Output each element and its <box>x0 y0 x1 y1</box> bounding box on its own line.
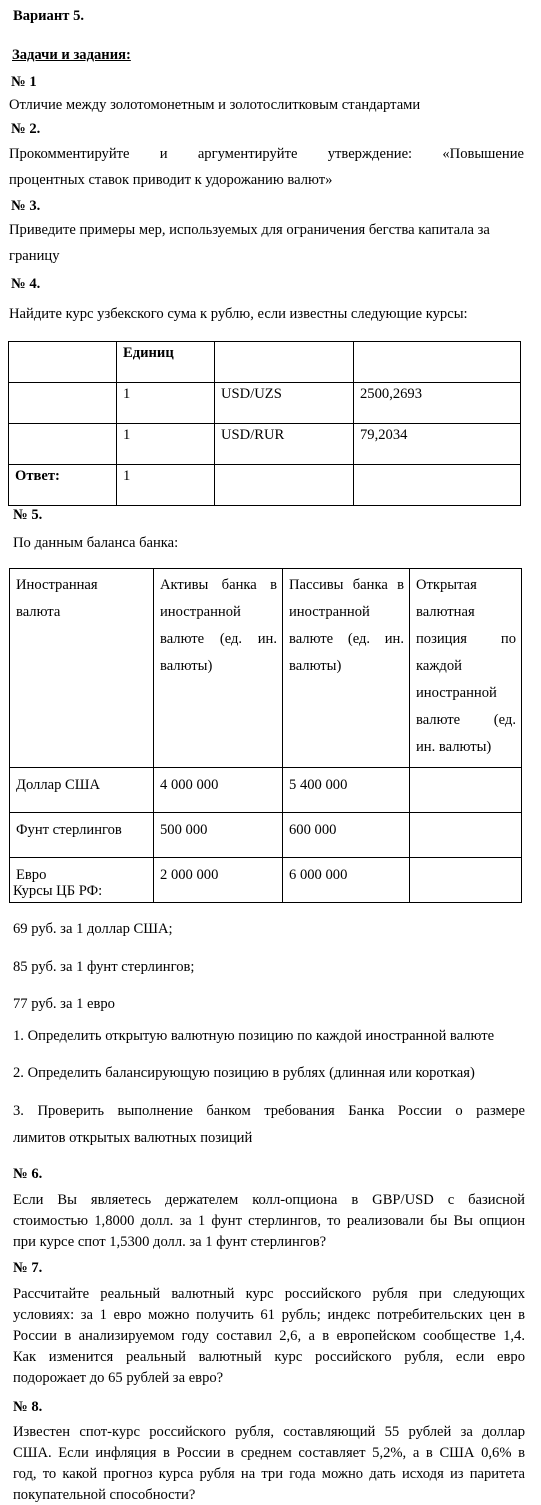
task-6-line-2: стоимостью 1,8000 долл. за 1 фунт стерли… <box>13 1212 525 1230</box>
task-4-text: Найдите курс узбекского сума к рублю, ес… <box>9 305 468 323</box>
task-7-number: № 7. <box>13 1259 42 1277</box>
table-cell: USD/UZS <box>215 383 354 424</box>
table-cell: Фунт стерлингов <box>10 813 154 858</box>
task-5-number: № 5. <box>13 506 42 524</box>
rates-title: Курсы ЦБ РФ: <box>13 882 102 900</box>
header-liabilities: Пассивы банка в иностранной валюте (ед. … <box>283 569 410 768</box>
task-2-line-2: процентных ставок приводит к удорожанию … <box>9 171 332 189</box>
rate-usd: 69 руб. за 1 доллар США; <box>13 920 173 938</box>
task-7-line-5: подорожает до 65 рублей за евро? <box>13 1369 223 1387</box>
table-cell: 500 000 <box>154 813 283 858</box>
table-row: 1 USD/UZS 2500,2693 <box>9 383 521 424</box>
table-cell: 1 <box>117 424 215 465</box>
question-2: 2. Определить балансирующую позицию в ру… <box>13 1064 475 1082</box>
task-8-line-3: год, то какой прогноз курса рубля на три… <box>13 1465 525 1483</box>
answer-label: Ответ: <box>9 465 117 506</box>
task-2-number: № 2. <box>11 120 40 138</box>
task-7-line-4: Как изменится реальный валютный курс рос… <box>13 1348 525 1366</box>
answer-row: Ответ: 1 <box>9 465 521 506</box>
rate-eur: 77 руб. за 1 евро <box>13 995 115 1013</box>
table-cell: 4 000 000 <box>154 768 283 813</box>
exchange-rate-table: Единиц 1 USD/UZS 2500,2693 1 USD/RUR 79,… <box>8 341 521 506</box>
answer-cell[interactable] <box>215 465 354 506</box>
question-3-line-1: 3. Проверить выполнение банком требовани… <box>13 1102 525 1120</box>
header-open-position: Открытая валютная позиция по каждой инос… <box>410 569 522 768</box>
table-cell: 1 <box>117 465 215 506</box>
task-4-number: № 4. <box>11 275 40 293</box>
task-6-line-3: при курсе спот 1,5300 долл. за 1 фунт ст… <box>13 1233 326 1251</box>
table-cell: 79,2034 <box>354 424 521 465</box>
table-row-usd: Доллар США 4 000 000 5 400 000 <box>10 768 522 813</box>
table-cell: 5 400 000 <box>283 768 410 813</box>
task-1-text: Отличие между золотомонетным и золотосли… <box>9 96 420 114</box>
task-6-line-1: Если Вы являетесь держателем колл-опцион… <box>13 1191 525 1209</box>
header-currency: Иностранная валюта <box>10 569 154 768</box>
answer-cell[interactable] <box>410 813 522 858</box>
task-7-line-1: Рассчитайте реальный валютный курс росси… <box>13 1285 525 1303</box>
task-2-line-1: Прокомментируйте и аргументируйте утверж… <box>9 145 524 163</box>
table-cell: 2500,2693 <box>354 383 521 424</box>
table-cell <box>9 383 117 424</box>
table-header-row: Иностранная валюта Активы банка в иностр… <box>10 569 522 768</box>
task-3-line-1: Приведите примеры мер, используемых для … <box>9 221 490 239</box>
task-8-line-1: Известен спот-курс российского рубля, со… <box>13 1423 525 1441</box>
header-assets: Активы банка в иностранной валюте (ед. и… <box>154 569 283 768</box>
task-8-number: № 8. <box>13 1398 42 1416</box>
task-8-line-4: покупательной способности? <box>13 1486 195 1504</box>
table-cell <box>215 342 354 383</box>
task-7-line-2: условиях: за 1 евро можно получить 61 ру… <box>13 1306 525 1324</box>
table-cell <box>354 342 521 383</box>
bank-balance-table: Иностранная валюта Активы банка в иностр… <box>9 568 522 903</box>
section-title: Задачи и задания: <box>12 46 131 64</box>
table-cell: USD/RUR <box>215 424 354 465</box>
table-cell: 1 <box>117 383 215 424</box>
task-5-intro: По данным баланса банка: <box>13 534 178 552</box>
question-3-line-2: лимитов открытых валютных позиций <box>13 1129 252 1147</box>
table-cell: 6 000 000 <box>283 858 410 903</box>
task-3-line-2: границу <box>9 247 60 265</box>
question-1: 1. Определить открытую валютную позицию … <box>13 1027 494 1045</box>
units-header: Единиц <box>117 342 215 383</box>
table-cell: Доллар США <box>10 768 154 813</box>
answer-cell[interactable] <box>410 858 522 903</box>
task-3-number: № 3. <box>11 197 40 215</box>
answer-cell[interactable] <box>410 768 522 813</box>
table-cell <box>9 424 117 465</box>
table-header-row: Единиц <box>9 342 521 383</box>
variant-title: Вариант 5. <box>13 7 84 25</box>
task-6-number: № 6. <box>13 1165 42 1183</box>
rate-gbp: 85 руб. за 1 фунт стерлингов; <box>13 958 194 976</box>
table-cell <box>9 342 117 383</box>
task-1-number: № 1 <box>11 73 37 91</box>
table-row: 1 USD/RUR 79,2034 <box>9 424 521 465</box>
answer-cell[interactable] <box>354 465 521 506</box>
task-7-line-3: России в анализируемом году составил 2,6… <box>13 1327 525 1345</box>
table-row-gbp: Фунт стерлингов 500 000 600 000 <box>10 813 522 858</box>
task-8-line-2: США. Если инфляция в России в среднем со… <box>13 1444 525 1462</box>
table-cell: 600 000 <box>283 813 410 858</box>
table-cell: 2 000 000 <box>154 858 283 903</box>
